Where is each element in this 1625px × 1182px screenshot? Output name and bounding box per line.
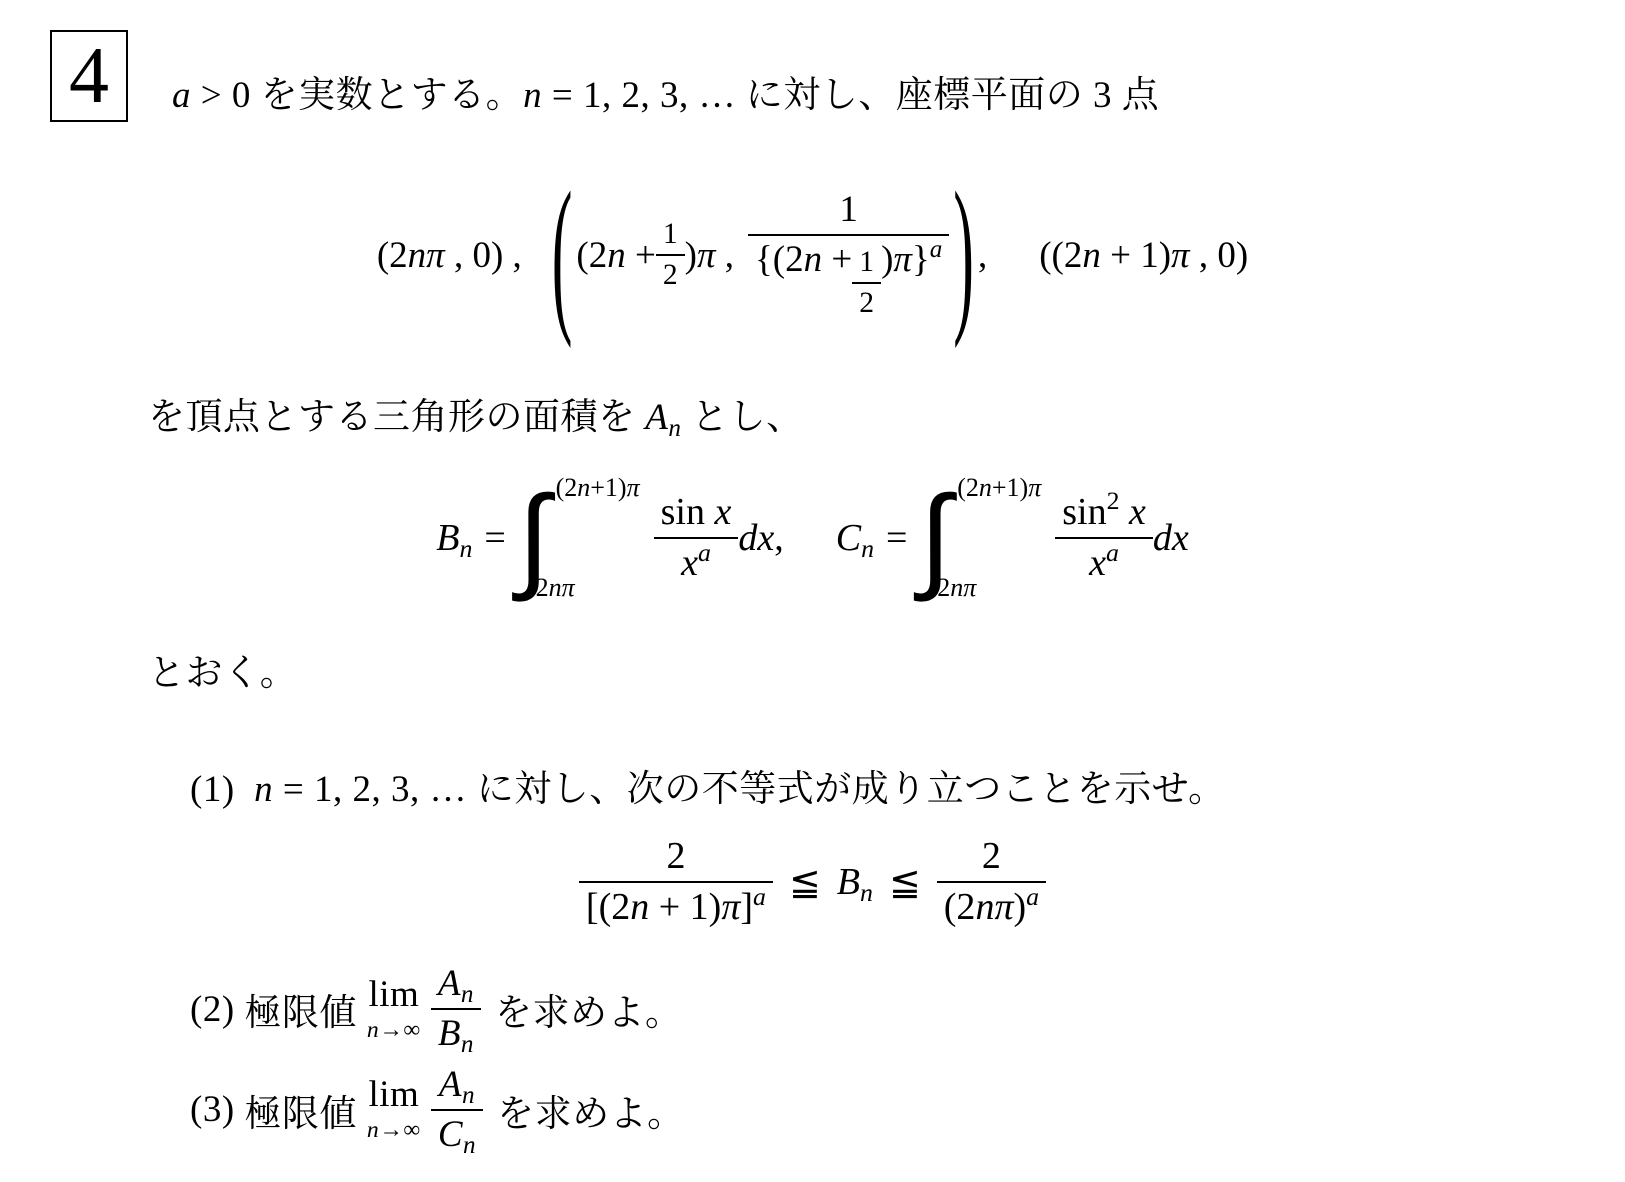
y-den-suffix: )π} (881, 237, 930, 283)
symbol-B: B (837, 861, 860, 903)
Bn-integral: ∫ (2n+1)π 2nπ (518, 475, 640, 601)
variable-x: x (714, 489, 731, 537)
symbol-A-subscript: n (461, 979, 474, 1010)
integrand-numerator: sin x (654, 488, 739, 538)
right-numerator: 2 (975, 832, 1008, 882)
left-fraction: 2 [(2n + 1)π]a (579, 832, 773, 933)
variable-x: x (1089, 540, 1106, 588)
integral-limits: (2n+1)π 2nπ (550, 475, 640, 601)
symbol-A: A (645, 397, 668, 438)
limit-operator: lim n→∞ (367, 976, 421, 1043)
integral-limits: (2n+1)π 2nπ (951, 475, 1041, 601)
intro-sentence: a > 0 を実数とする。n = 1, 2, 3, … に対し、座標平面の 3 … (172, 64, 1159, 122)
lower-limit: 2nπ (937, 575, 976, 601)
symbol-C-subscript: n (861, 534, 874, 563)
lower-limit: 2nπ (536, 575, 575, 601)
problem-number-box: 4 (50, 30, 128, 122)
dx: dx (1153, 516, 1189, 560)
lim-text: lim (368, 1076, 419, 1113)
part-3-label: (3) (190, 1088, 235, 1131)
y-den-exponent: a (930, 234, 943, 265)
integrals-display-equation: Bn = ∫ (2n+1)π 2nπ sin x xa dx, Cn = ∫ (… (0, 464, 1625, 612)
part-1-text: n = 1, 2, 3, … に対し、次の不等式が成り立つことを示せ。 (254, 769, 1226, 810)
oku-sentence: とおく。 (0, 642, 1625, 696)
limit-operator: lim n→∞ (367, 1076, 421, 1143)
sin-squared-exponent: 2 (1107, 485, 1120, 517)
part-3-pre-text: 極限値 (244, 1083, 357, 1137)
y-denominator: {(2n + 1 2 )π} a (748, 236, 949, 324)
problem-header: 4 a > 0 を実数とする。n = 1, 2, 3, … に対し、座標平面の … (0, 0, 1625, 122)
Cn-symbol: Cn (836, 516, 874, 560)
variable-x: x (1129, 489, 1146, 537)
symbol-C: C (438, 1112, 463, 1158)
Cn-integral: ∫ (2n+1)π 2nπ (919, 475, 1041, 601)
symbol-B-subscript: n (860, 878, 873, 907)
symbol-C: C (836, 517, 861, 559)
lim-underscript: n→∞ (367, 1119, 421, 1143)
exponent-a: a (1106, 537, 1119, 569)
integrand-numerator: sin2 x (1055, 488, 1153, 538)
half-numerator: 1 (656, 215, 685, 254)
Bn-symbol: Bn (436, 516, 472, 560)
right-denominator: (2nπ)a (937, 883, 1046, 933)
part-3: (3) 極限値 lim n→∞ An Cn を求めよ。 (0, 1061, 1625, 1160)
upper-limit: (2n+1)π (556, 475, 640, 501)
symbol-B-subscript: n (461, 1029, 474, 1060)
left-denominator: [(2n + 1)π]a (579, 883, 773, 933)
An-over-Cn-fraction: An Cn (431, 1061, 483, 1160)
half-denominator: 2 (852, 284, 881, 323)
point-2-x-suffix: )π , (685, 234, 734, 277)
symbol-A-subscript: n (668, 415, 681, 442)
triangle-text-post: とし、 (681, 397, 803, 438)
part-1-label: (1) (190, 769, 235, 810)
point-2-y-fraction: 1 {(2n + 1 2 )π} a (748, 186, 949, 324)
sin-function: sin (661, 489, 705, 537)
symbol-B-subscript: n (459, 534, 472, 563)
Bn-symbol: Bn (837, 860, 873, 904)
upper-limit: (2n+1)π (957, 475, 1041, 501)
symbol-B: B (438, 1011, 461, 1057)
right-fraction: 2 (2nπ)a (937, 832, 1046, 933)
integrand-denominator: xa (674, 539, 718, 589)
symbol-A-subscript: n (462, 1080, 475, 1111)
problem-number: 4 (69, 36, 109, 116)
part-1: (1) n = 1, 2, 3, … に対し、次の不等式が成り立つことを示せ。 (0, 758, 1625, 812)
part-2-post-text: を求めよ。 (495, 982, 683, 1036)
triangle-text-pre: を頂点とする三角形の面積を (148, 397, 645, 438)
An-over-Bn-fraction: An Bn (431, 960, 481, 1059)
Cn-integrand-fraction: sin2 x xa (1055, 488, 1153, 589)
part-2-label: (2) (190, 988, 235, 1031)
page: { "colors": {"background": "#ffffff", "t… (0, 0, 1625, 1182)
point-2-x-prefix: (2n + (576, 234, 655, 277)
fraction-denominator: Bn (431, 1010, 481, 1058)
sin-function: sin (1062, 489, 1106, 537)
point-1: (2nπ , 0) , (377, 234, 522, 277)
symbol-C-subscript: n (463, 1130, 476, 1161)
equals-sign: = (886, 516, 907, 560)
point-3: ((2n + 1)π , 0) (1039, 234, 1248, 277)
left-den-base: [(2n + 1)π] (586, 884, 753, 932)
Bn-integrand-fraction: sin x xa (654, 488, 739, 589)
equals-sign: = (484, 516, 505, 560)
separator-comma: , (978, 234, 987, 277)
point-2-x-half-fraction: 1 2 (656, 215, 685, 295)
big-right-paren: ) (953, 168, 974, 342)
part-2-pre-text: 極限値 (244, 982, 357, 1036)
dx-comma: dx, (738, 516, 783, 560)
integrand-denominator: xa (1082, 539, 1126, 589)
fraction-denominator: Cn (431, 1111, 483, 1159)
big-left-paren: ( (552, 168, 573, 342)
right-den-base: (2nπ) (944, 884, 1026, 932)
lim-underscript: n→∞ (367, 1019, 421, 1043)
fraction-numerator: An (431, 960, 481, 1008)
half-numerator: 1 (852, 243, 881, 282)
symbol-A: A (438, 961, 461, 1007)
points-display-equation: (2nπ , 0) , ( (2n + 1 2 )π , 1 {(2n + 1 … (0, 164, 1625, 346)
right-den-exponent: a (1026, 881, 1039, 913)
lim-text: lim (368, 976, 419, 1013)
y-den-half-fraction: 1 2 (852, 243, 881, 323)
part-2: (2) 極限値 lim n→∞ An Bn を求めよ。 (0, 960, 1625, 1059)
half-denominator: 2 (656, 256, 685, 295)
y-numerator: 1 (832, 186, 865, 234)
y-den-prefix: {(2n + (755, 237, 852, 283)
left-den-exponent: a (753, 881, 766, 913)
leq-sign: ≦ (789, 860, 821, 905)
triangle-sentence: を頂点とする三角形の面積を An とし、 (0, 386, 1625, 440)
fraction-numerator: An (432, 1061, 482, 1109)
leq-sign: ≦ (889, 860, 921, 905)
symbol-A: A (439, 1062, 462, 1108)
symbol-B: B (436, 517, 459, 559)
variable-x: x (681, 540, 698, 588)
part-3-post-text: を求めよ。 (497, 1083, 685, 1137)
inequality-display-equation: 2 [(2n + 1)π]a ≦ Bn ≦ 2 (2nπ)a (0, 830, 1625, 934)
exponent-a: a (698, 537, 711, 569)
left-numerator: 2 (659, 832, 692, 882)
